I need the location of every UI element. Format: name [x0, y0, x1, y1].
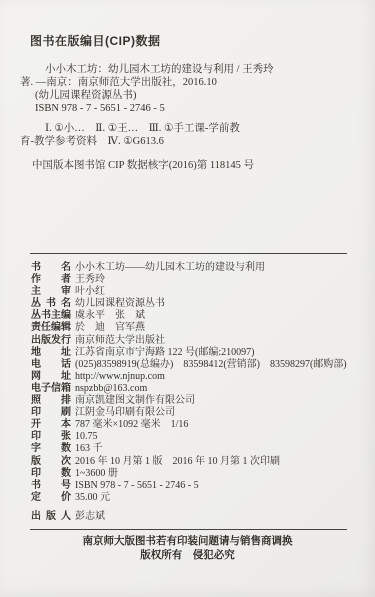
row-label: 地址 [31, 347, 71, 359]
row-value: 江苏省南京市宁海路 122 号(邮编:210097) [75, 347, 254, 359]
row-label: 印刷 [31, 407, 71, 419]
row-value: ISBN 978 - 7 - 5651 - 2746 - 5 [75, 480, 199, 492]
row-value: 於 迪 官军燕 [75, 322, 145, 334]
row-label: 作者 [31, 274, 71, 286]
colophon-row: 丛书名 幼儿园课程资源丛书 [31, 298, 375, 310]
colophon-row: 印张 10.75 [31, 431, 375, 443]
cip-record-line: ISBN 978 - 7 - 5651 - 2746 - 5 [20, 102, 347, 115]
colophon-row: 网址 http://www.njnup.com [31, 371, 375, 383]
row-value: 35.00 元 [75, 492, 110, 504]
row-value: (025)83598919(总编办) 83598412(营销部) 8359829… [75, 359, 347, 371]
row-label: 定价 [31, 492, 71, 504]
row-label: 出版发行 [31, 335, 71, 347]
row-value: 1~3600 册 [75, 468, 118, 480]
row-value: http://www.njnup.com [75, 371, 165, 383]
colophon-row: 书号 ISBN 978 - 7 - 5651 - 2746 - 5 [31, 480, 375, 492]
row-value: 虞永平 张 斌 [75, 310, 145, 322]
row-label: 责任编辑 [31, 322, 71, 334]
publisher-label: 出版人 [31, 511, 71, 523]
row-label: 电子信箱 [31, 383, 71, 395]
row-label: 开本 [31, 419, 71, 431]
copyright-notice: 版权所有 侵犯必究 [0, 548, 375, 563]
row-label: 丛书主编 [31, 310, 71, 322]
publisher-row: 出版人 彭志斌 [31, 511, 375, 523]
cip-record: 小小木工坊：幼儿园木工坊的建设与利用 / 王秀玲 著. —南京：南京师范大学出版… [20, 63, 347, 115]
row-value: 幼儿园课程资源丛书 [75, 298, 165, 310]
colophon-row: 主审 叶小红 [31, 286, 375, 298]
row-label: 书号 [31, 480, 71, 492]
colophon-row: 作者 王秀玲 [31, 274, 375, 286]
colophon-table: 书名 小小木工坊——幼儿园木工坊的建设与利用 作者 王秀玲 主审 叶小红 丛书名… [31, 262, 375, 504]
row-label: 印张 [31, 431, 71, 443]
row-value: 南京凯建图文制作有限公司 [75, 395, 195, 407]
colophon-row: 书名 小小木工坊——幼儿园木工坊的建设与利用 [31, 262, 375, 274]
cip-classification: Ⅰ. ①小… Ⅱ. ①王… Ⅲ. ①手工课-学前教 育-教学参考资料 Ⅳ. ①G… [20, 122, 347, 148]
publisher-value: 彭志斌 [75, 511, 105, 523]
top-divider [30, 253, 347, 254]
cip-record-line: 小小木工坊：幼儿园木工坊的建设与利用 / 王秀玲 [20, 63, 347, 76]
cip-heading: 图书在版编目(CIP)数据 [30, 34, 347, 49]
row-value: 叶小红 [75, 286, 105, 298]
row-value: 江阴金马印刷有限公司 [75, 407, 175, 419]
colophon-row: 电话 (025)83598919(总编办) 83598412(营销部) 8359… [31, 359, 375, 371]
colophon-row: 出版发行 南京师范大学出版社 [31, 335, 375, 347]
colophon-row: 定价 35.00 元 [31, 492, 375, 504]
colophon-row: 丛书主编 虞永平 张 斌 [31, 310, 375, 322]
colophon-row: 电子信箱 nspzbb@163.com [31, 383, 375, 395]
colophon-row: 地址 江苏省南京市宁海路 122 号(邮编:210097) [31, 347, 375, 359]
colophon-row: 开本 787 毫米×1092 毫米 1/16 [31, 419, 375, 431]
row-label: 照排 [31, 395, 71, 407]
row-label: 主审 [31, 286, 71, 298]
cip-record-line: (幼儿园课程资源丛书) [20, 89, 347, 102]
cip-classification-line: Ⅰ. ①小… Ⅱ. ①王… Ⅲ. ①手工课-学前教 [20, 122, 347, 135]
row-value: nspzbb@163.com [75, 383, 147, 395]
row-label: 版次 [31, 456, 71, 468]
row-value: 10.75 [75, 431, 98, 443]
row-value: 南京师范大学出版社 [75, 335, 165, 347]
cip-section: 图书在版编目(CIP)数据 小小木工坊：幼儿园木工坊的建设与利用 / 王秀玲 著… [20, 34, 347, 172]
colophon-row: 照排 南京凯建图文制作有限公司 [31, 395, 375, 407]
row-label: 书名 [31, 262, 71, 274]
row-value: 王秀玲 [75, 274, 105, 286]
row-label: 字数 [31, 443, 71, 455]
exchange-notice: 南京师大版图书若有印装问题请与销售商调换 [0, 534, 375, 549]
bottom-divider [30, 529, 347, 530]
cip-classification-line: 育-教学参考资料 Ⅳ. ①G613.6 [20, 135, 347, 148]
colophon-row: 印数 1~3600 册 [31, 468, 375, 480]
row-value: 小小木工坊——幼儿园木工坊的建设与利用 [75, 262, 265, 274]
row-label: 网址 [31, 371, 71, 383]
row-value: 163 千 [75, 443, 103, 455]
colophon-row: 版次 2016 年 10 月第 1 版 2016 年 10 月第 1 次印刷 [31, 456, 375, 468]
colophon-row: 印刷 江阴金马印刷有限公司 [31, 407, 375, 419]
copyright-page: 图书在版编目(CIP)数据 小小木工坊：幼儿园木工坊的建设与利用 / 王秀玲 著… [0, 0, 375, 597]
colophon-row: 字数 163 千 [31, 443, 375, 455]
row-label: 印数 [31, 468, 71, 480]
cip-record-line: 著. —南京：南京师范大学出版社，2016.10 [20, 76, 347, 89]
colophon-row: 责任编辑 於 迪 官军燕 [31, 322, 375, 334]
row-label: 丛书名 [31, 298, 71, 310]
row-value: 787 毫米×1092 毫米 1/16 [75, 419, 188, 431]
page-footer: 南京师大版图书若有印装问题请与销售商调换 版权所有 侵犯必究 [0, 534, 375, 563]
cip-registration-number: 中国版本图书馆 CIP 数据核字(2016)第 118145 号 [20, 159, 347, 172]
row-label: 电话 [31, 359, 71, 371]
row-value: 2016 年 10 月第 1 版 2016 年 10 月第 1 次印刷 [75, 456, 280, 468]
